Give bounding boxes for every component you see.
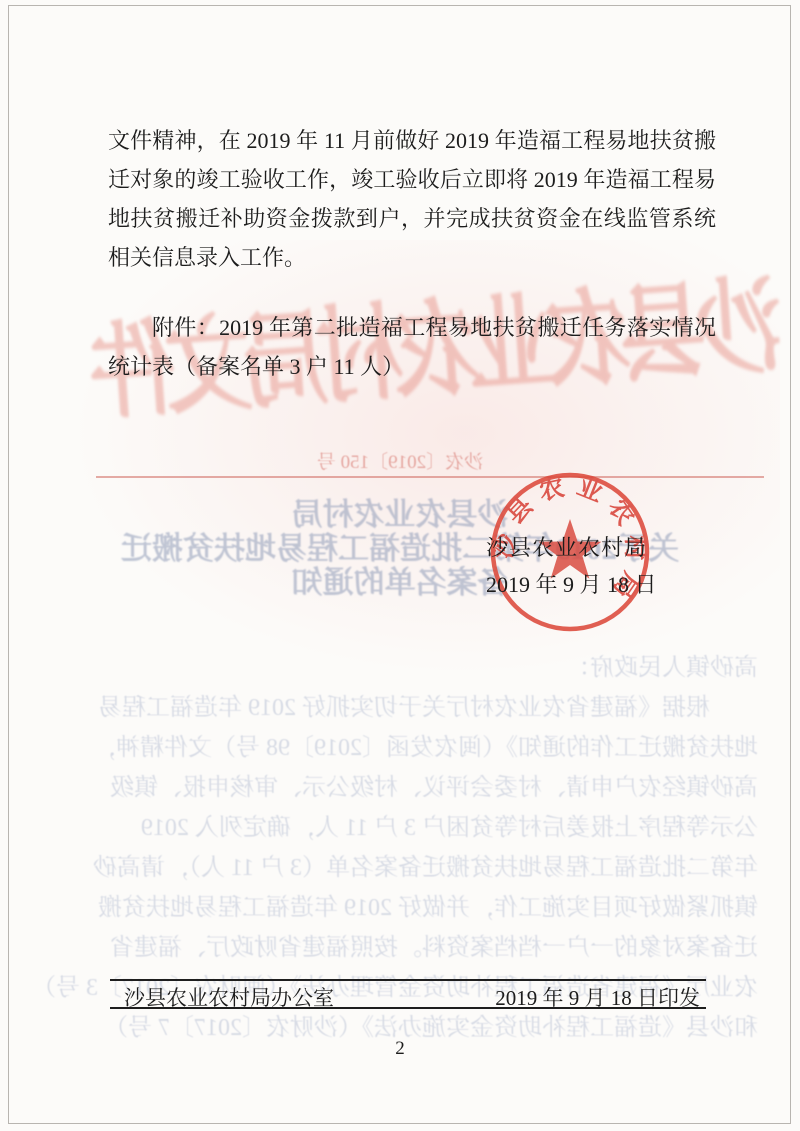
signature-date: 2019 年 9 月 18 日 <box>486 568 657 599</box>
footer-print-date: 2019 年 9 月 18 日印发 <box>495 982 700 1012</box>
attachment-paragraph: 附件：2019 年第二批造福工程易地扶贫搬迁任务落实情况统计表（备案名单 3 户… <box>108 308 716 386</box>
page-number: 2 <box>0 1038 800 1060</box>
signature-organization: 沙县农业农村局 <box>486 531 647 562</box>
footer-rule-top <box>110 979 706 981</box>
scanned-document-page: 沙县农业农村局文件 沙农〔2019〕150 号 沙县农业农村局 关于2019年第… <box>0 0 800 1131</box>
pink-bleed-haze <box>80 240 780 670</box>
footer-office: 沙县农业农村局办公室 <box>124 982 334 1012</box>
body-paragraph: 文件精神，在 2019 年 11 月前做好 2019 年造福工程易地扶贫搬迁对象… <box>108 121 716 277</box>
footer-row: 沙县农业农村局办公室 2019 年 9 月 18 日印发 <box>110 982 706 1012</box>
